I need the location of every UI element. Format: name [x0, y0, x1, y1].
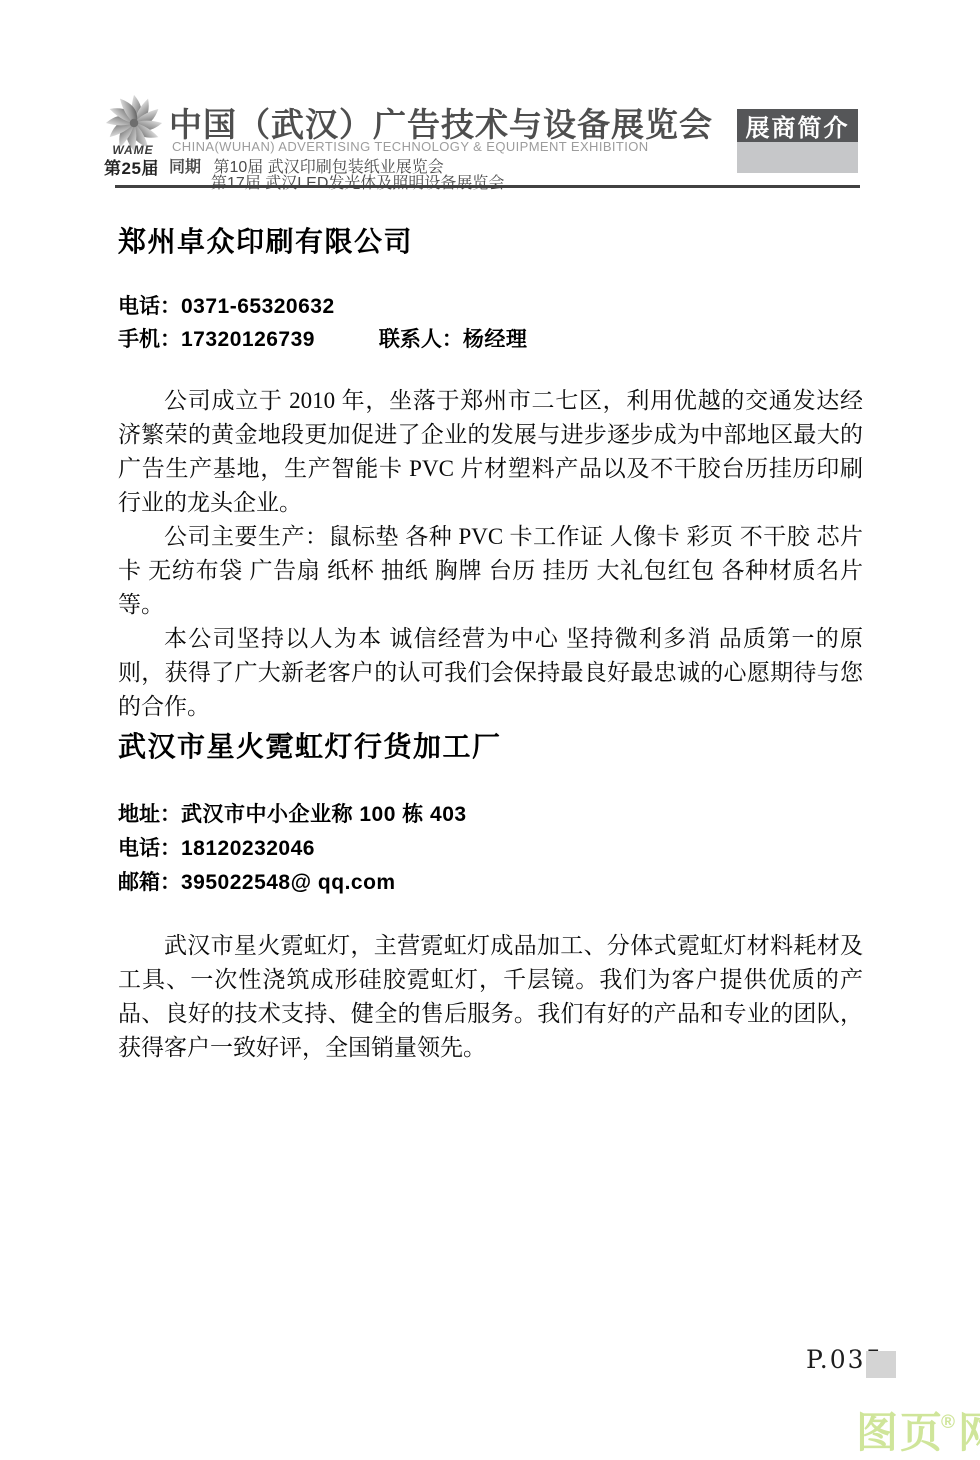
page-number-marker	[866, 1351, 896, 1378]
contact-value: 395022548@ qq.com	[181, 871, 396, 894]
contact-value: 17320126739	[181, 328, 315, 351]
header-divider	[115, 185, 860, 188]
watermark-text-1: 图页	[856, 1409, 944, 1456]
contact-pair: 电话：0371-65320632	[118, 295, 335, 318]
concurrent-event-line-2: 第17届 武汉LED发光体及照明设备展览会	[211, 170, 504, 193]
contact-value: 0371-65320632	[181, 295, 335, 318]
catalog-page: WAME 第25届 中国（武汉）广告技术与设备展览会 CHINA(WUHAN) …	[0, 0, 980, 1460]
section-badge: 展商简介	[737, 109, 858, 142]
contact-pair: 手机：17320126739	[118, 323, 373, 353]
contact-pair: 电话：18120232046	[118, 837, 315, 860]
contact-pair: 地址：武汉市中小企业称 100 栋 403	[118, 803, 467, 826]
logo-edition-label: 第25届	[104, 154, 164, 179]
contact-label: 电话：	[118, 837, 181, 860]
contact-value: 杨经理	[463, 328, 528, 351]
contact-pair: 邮箱：395022548@ qq.com	[118, 871, 396, 894]
contact-line: 手机：17320126739 联系人：杨经理	[118, 323, 527, 353]
concurrent-event-2: 第17届 武汉LED发光体及照明设备展览会	[211, 175, 504, 192]
description-paragraph: 武汉市星火霓虹灯，主营霓虹灯成品加工、分体式霓虹灯材料耗材及工具、一次性浇筑成形…	[118, 929, 863, 1065]
exhibition-subtitle-en: CHINA(WUHAN) ADVERTISING TECHNOLOGY & EQ…	[172, 139, 649, 154]
registered-mark-icon: ®	[941, 1412, 955, 1433]
contact-label: 地址：	[118, 803, 181, 826]
section-badge-underlay	[737, 142, 858, 173]
concurrent-label: 同期	[169, 159, 201, 176]
contact-label: 电话：	[118, 295, 181, 318]
contact-line: 电话：18120232046	[118, 832, 315, 862]
contact-label: 邮箱：	[118, 871, 181, 894]
contact-line: 地址：武汉市中小企业称 100 栋 403	[118, 798, 467, 828]
company-name: 武汉市星火霓虹灯行货加工厂	[118, 725, 502, 765]
contact-label: 联系人：	[379, 328, 463, 351]
contact-value: 武汉市中小企业称 100 栋 403	[181, 803, 467, 826]
contact-line: 电话：0371-65320632	[118, 290, 335, 320]
company-name: 郑州卓众印刷有限公司	[118, 220, 413, 260]
contact-label: 手机：	[118, 328, 181, 351]
site-watermark: 图页®网	[856, 1400, 980, 1460]
watermark-text-2: 网	[958, 1409, 980, 1456]
description-paragraph: 本公司坚持以人为本 诚信经营为中心 坚持微利多消 品质第一的原则，获得了广大新老…	[118, 622, 863, 724]
description-paragraph: 公司成立于 2010 年，坐落于郑州市二七区，利用优越的交通发达经济繁荣的黄金地…	[118, 384, 863, 520]
company-description: 公司成立于 2010 年，坐落于郑州市二七区，利用优越的交通发达经济繁荣的黄金地…	[118, 384, 863, 724]
contact-pair: 联系人：杨经理	[379, 328, 528, 351]
description-paragraph: 公司主要生产：鼠标垫 各种 PVC 卡工作证 人像卡 彩页 不干胶 芯片卡 无纺…	[118, 520, 863, 622]
contact-value: 18120232046	[181, 837, 315, 860]
contact-line: 邮箱：395022548@ qq.com	[118, 866, 396, 896]
company-description: 武汉市星火霓虹灯，主营霓虹灯成品加工、分体式霓虹灯材料耗材及工具、一次性浇筑成形…	[118, 929, 863, 1065]
